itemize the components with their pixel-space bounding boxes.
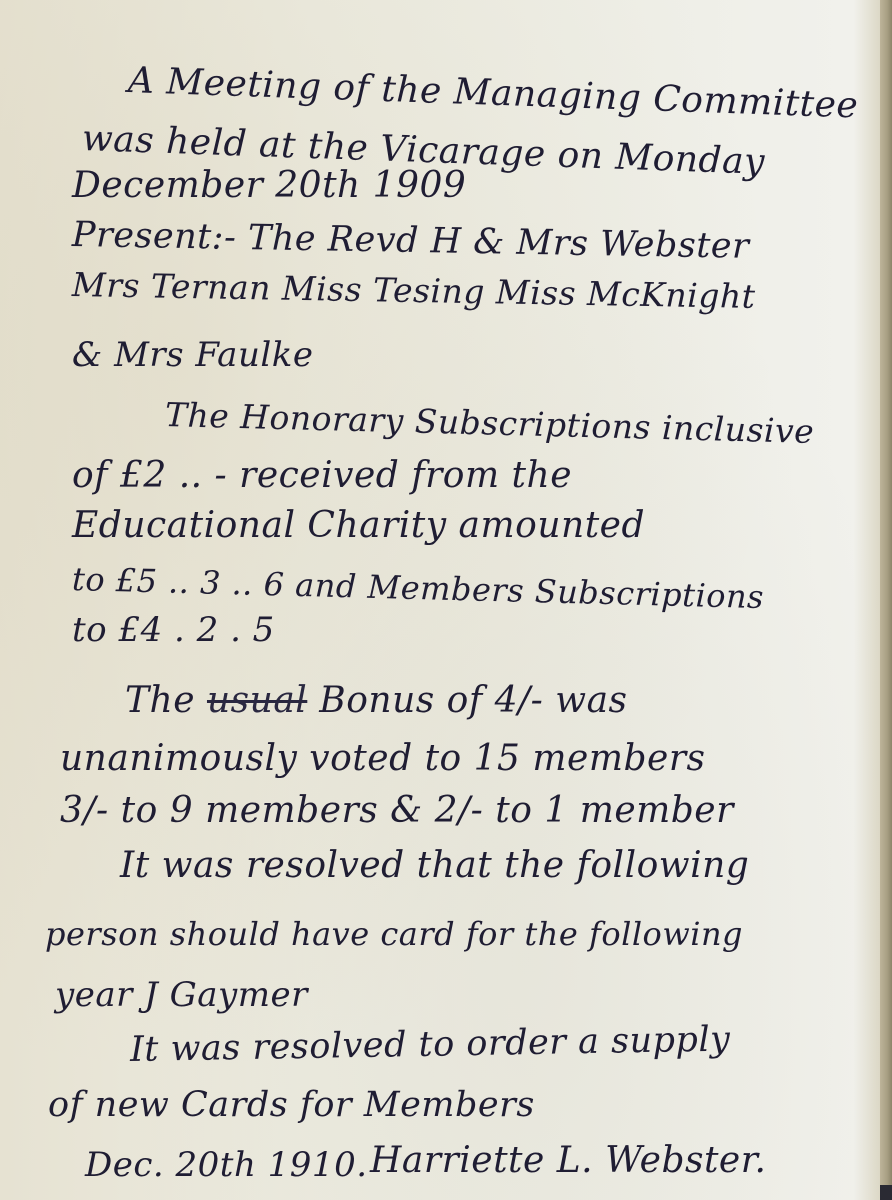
members-amount: to £4 . 2 . 5: [72, 610, 275, 650]
text-segment: The: [125, 680, 195, 721]
signature-date: Dec. 20th 1910.: [85, 1145, 368, 1185]
text-line: Educational Charity amounted: [72, 505, 645, 546]
book-binding: [880, 0, 892, 1200]
subscriptions-amount: to £5 .. 3 .. 6 and Members Subscription…: [72, 560, 765, 616]
text-line: of new Cards for Members: [48, 1085, 535, 1125]
heading-line: A Meeting of the Managing Committee: [127, 60, 859, 126]
text-line: 3/- to 9 members & 2/- to 1 member: [60, 790, 734, 831]
signature-name: Harriette L. Webster.: [370, 1140, 766, 1181]
text-line: The Honorary Subscriptions inclusive: [164, 395, 814, 451]
attendees-line: & Mrs Faulke: [72, 335, 313, 375]
text-line: person should have card for the followin…: [45, 915, 743, 953]
attendees-line: Mrs Ternan Miss Tesing Miss McKnight: [72, 265, 756, 316]
text-segment: Bonus of 4/- was: [319, 680, 627, 721]
text-line: unanimously voted to 15 members: [60, 738, 706, 779]
text-line: of £2 .. - received from the: [72, 455, 572, 496]
struck-word: usual: [207, 680, 307, 721]
manuscript-page: A Meeting of the Managing Committee was …: [0, 0, 880, 1200]
text-line: It was resolved to order a supply: [130, 1020, 731, 1070]
text-line: It was resolved that the following: [120, 845, 749, 886]
attendees-line: Present:- The Revd H & Mrs Webster: [72, 215, 750, 267]
text-line: year J Gaymer: [55, 975, 308, 1015]
meeting-date: December 20th 1909: [72, 165, 466, 206]
bonus-line: The usual Bonus of 4/- was: [125, 680, 628, 721]
